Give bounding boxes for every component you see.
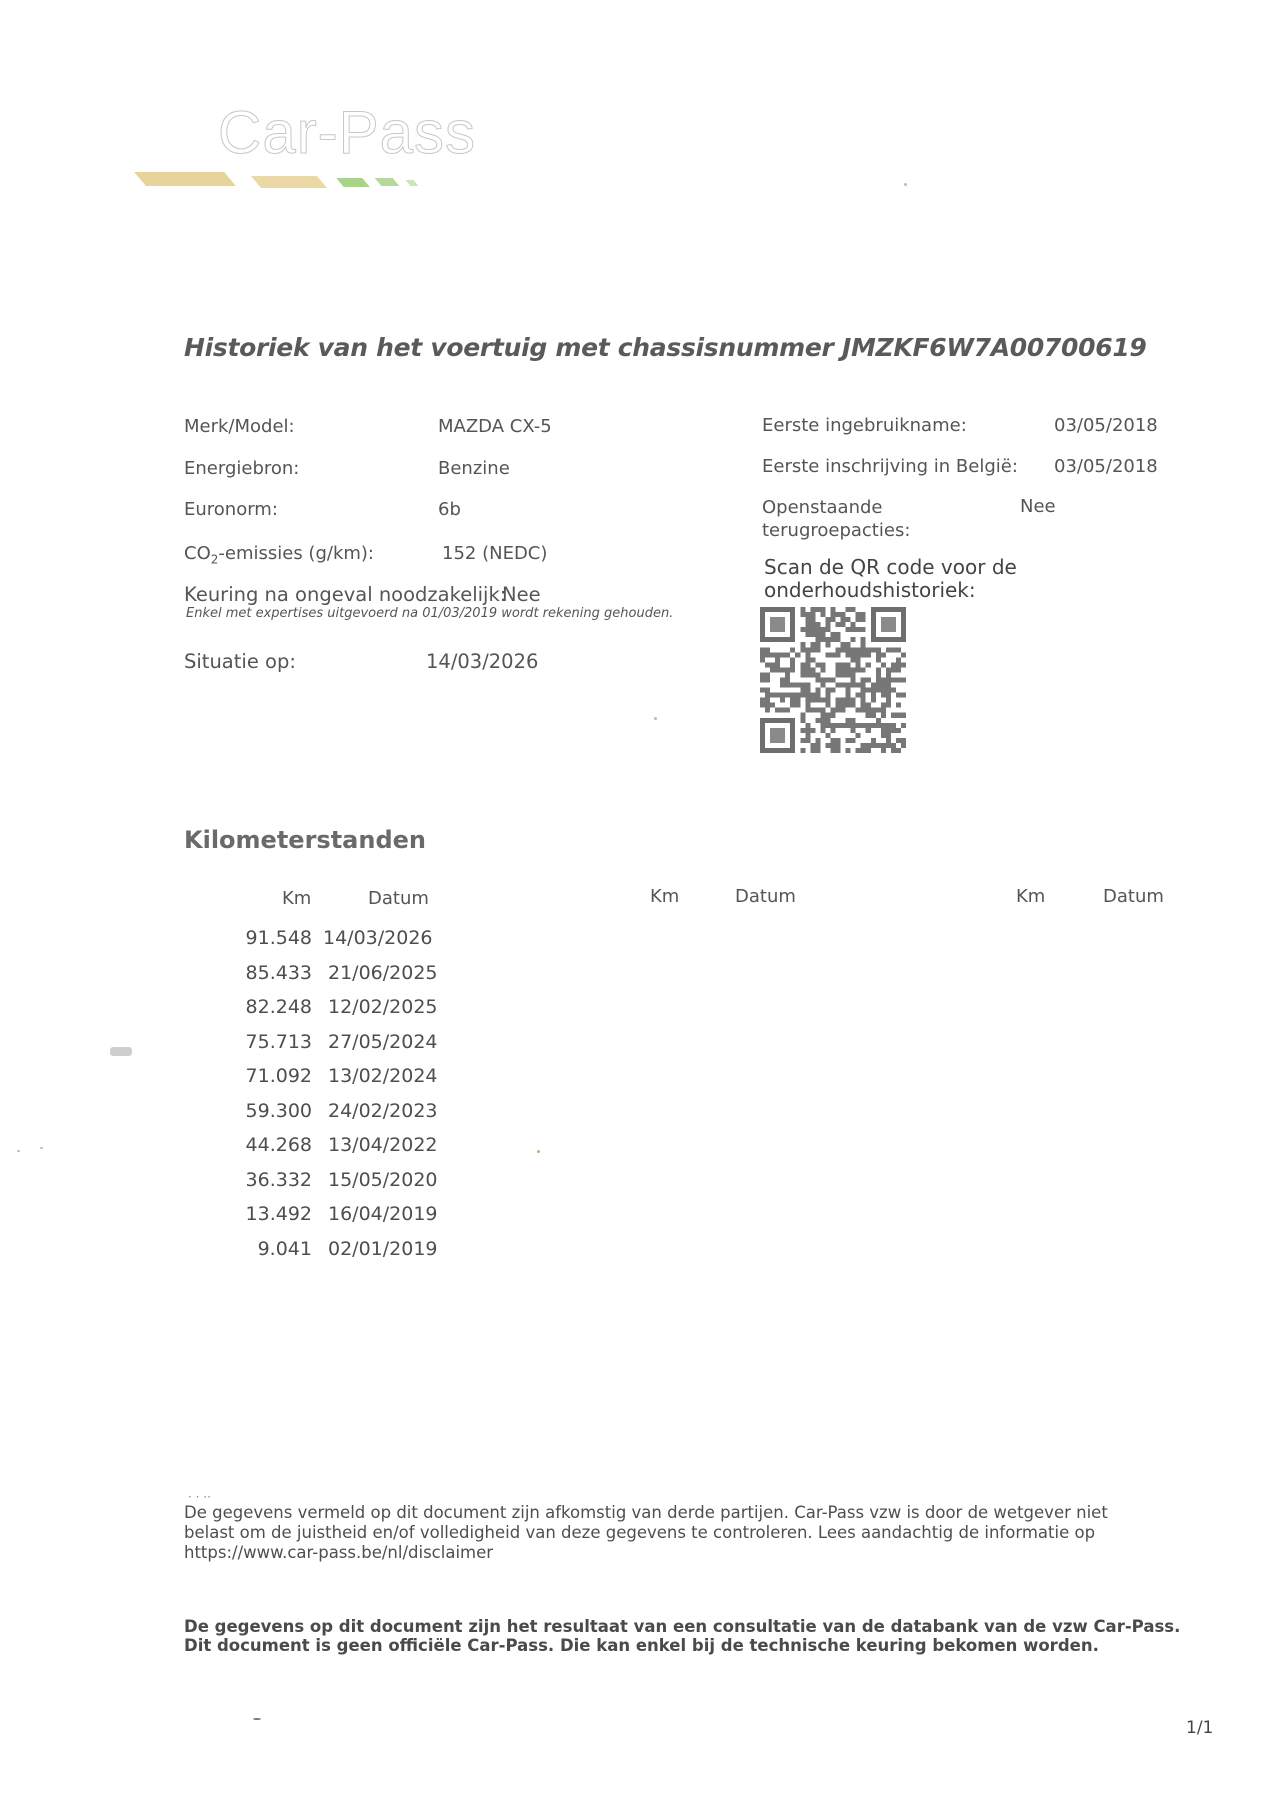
disclaimer-text: De gegevens vermeld op dit document zijn… bbox=[184, 1503, 1184, 1563]
logo-stripe bbox=[405, 180, 418, 186]
date-value: 21/06/2025 bbox=[328, 962, 438, 984]
notice-line1: De gegevens op dit document zijn het res… bbox=[184, 1617, 1184, 1636]
km-value: 36.332 bbox=[246, 1169, 312, 1191]
co2-label-prefix: CO bbox=[184, 543, 211, 564]
brand-model-label: Merk/Model: bbox=[184, 416, 295, 437]
logo-stripe bbox=[375, 178, 400, 186]
inspection-note: Enkel met expertises uitgevoerd na 01/03… bbox=[186, 606, 673, 621]
km-value: 91.548 bbox=[246, 927, 312, 949]
date-value: 15/05/2020 bbox=[328, 1169, 438, 1191]
km-value: 75.713 bbox=[246, 1031, 312, 1053]
euronorm-value: 6b bbox=[438, 499, 461, 520]
km-value: 13.492 bbox=[246, 1203, 312, 1225]
open-recalls-label-line2: terugroepacties: bbox=[762, 519, 910, 542]
energy-source-label: Energiebron: bbox=[184, 458, 299, 479]
date-value: 14/03/2026 bbox=[323, 927, 433, 949]
km-value: 9.041 bbox=[258, 1238, 312, 1260]
date-column-header: Datum bbox=[368, 888, 429, 909]
open-recalls-value: Nee bbox=[1020, 496, 1056, 517]
section-heading-kilometers: Kilometerstanden bbox=[184, 826, 426, 854]
date-value: 16/04/2019 bbox=[328, 1203, 438, 1225]
logo-stripe bbox=[251, 176, 327, 188]
logo-stripe bbox=[134, 172, 236, 186]
notice-line2: Dit document is geen officiële Car-Pass.… bbox=[184, 1636, 1184, 1655]
logo-text: Car-Pass bbox=[218, 98, 476, 167]
logo-stripe bbox=[336, 178, 370, 187]
qr-caption: Scan de QR code voor de onderhoudshistor… bbox=[764, 556, 1017, 602]
page-title: Historiek van het voertuig met chassisnu… bbox=[184, 333, 1147, 362]
co2-label: CO2-emissies (g/km): bbox=[184, 543, 374, 567]
km-column-header: Km bbox=[282, 888, 311, 909]
first-use-date: 03/05/2018 bbox=[1054, 415, 1158, 436]
scan-speck bbox=[110, 1047, 132, 1056]
date-value: 27/05/2024 bbox=[328, 1031, 438, 1053]
date-value: 13/02/2024 bbox=[328, 1065, 438, 1087]
situation-label: Situatie op: bbox=[184, 650, 296, 673]
km-column-header: Km bbox=[650, 886, 679, 907]
disclaimer-line2: belast om de juistheid en/of volledighei… bbox=[184, 1523, 1184, 1543]
qr-caption-line2: onderhoudshistoriek: bbox=[764, 579, 1017, 602]
first-registration-date: 03/05/2018 bbox=[1054, 456, 1158, 477]
energy-source-value: Benzine bbox=[438, 458, 510, 479]
open-recalls-label-line1: Openstaande bbox=[762, 496, 910, 519]
scan-speck bbox=[537, 1150, 540, 1153]
km-value: 59.300 bbox=[246, 1100, 312, 1122]
open-recalls-label: Openstaande terugroepacties: bbox=[762, 496, 910, 542]
km-value: 71.092 bbox=[246, 1065, 312, 1087]
scan-speck bbox=[253, 1718, 261, 1720]
date-column-header: Datum bbox=[1103, 886, 1164, 907]
scan-speck bbox=[904, 183, 907, 186]
brand-model-value: MAZDA CX-5 bbox=[438, 416, 552, 437]
situation-date: 14/03/2026 bbox=[426, 650, 538, 673]
first-registration-label: Eerste inschrijving in België: bbox=[762, 456, 1018, 477]
scan-speck bbox=[17, 1150, 20, 1152]
km-value: 85.433 bbox=[246, 962, 312, 984]
qr-caption-line1: Scan de QR code voor de bbox=[764, 556, 1017, 579]
co2-label-suffix: -emissies (g/km): bbox=[218, 543, 374, 564]
disclaimer-line1: De gegevens vermeld op dit document zijn… bbox=[184, 1503, 1184, 1523]
notice-text: De gegevens op dit document zijn het res… bbox=[184, 1617, 1184, 1655]
scan-speck bbox=[40, 1147, 43, 1149]
qr-code-icon[interactable] bbox=[760, 607, 906, 753]
inspection-label: Keuring na ongeval noodzakelijk: bbox=[184, 583, 506, 606]
euronorm-label: Euronorm: bbox=[184, 499, 278, 520]
scan-speck bbox=[654, 717, 657, 720]
disclaimer-link[interactable]: https://www.car-pass.be/nl/disclaimer bbox=[184, 1543, 1184, 1563]
date-column-header: Datum bbox=[735, 886, 796, 907]
km-value: 82.248 bbox=[246, 996, 312, 1018]
date-value: 02/01/2019 bbox=[328, 1238, 438, 1260]
date-value: 24/02/2023 bbox=[328, 1100, 438, 1122]
page-number: 1/1 bbox=[1186, 1718, 1213, 1738]
km-column-header: Km bbox=[1016, 886, 1045, 907]
scan-artifact-dots: · · ·· bbox=[188, 1490, 211, 1504]
date-value: 12/02/2025 bbox=[328, 996, 438, 1018]
first-use-label: Eerste ingebruikname: bbox=[762, 415, 967, 436]
km-value: 44.268 bbox=[246, 1134, 312, 1156]
co2-value: 152 (NEDC) bbox=[442, 543, 547, 564]
inspection-value: Nee bbox=[502, 583, 541, 606]
date-value: 13/04/2022 bbox=[328, 1134, 438, 1156]
